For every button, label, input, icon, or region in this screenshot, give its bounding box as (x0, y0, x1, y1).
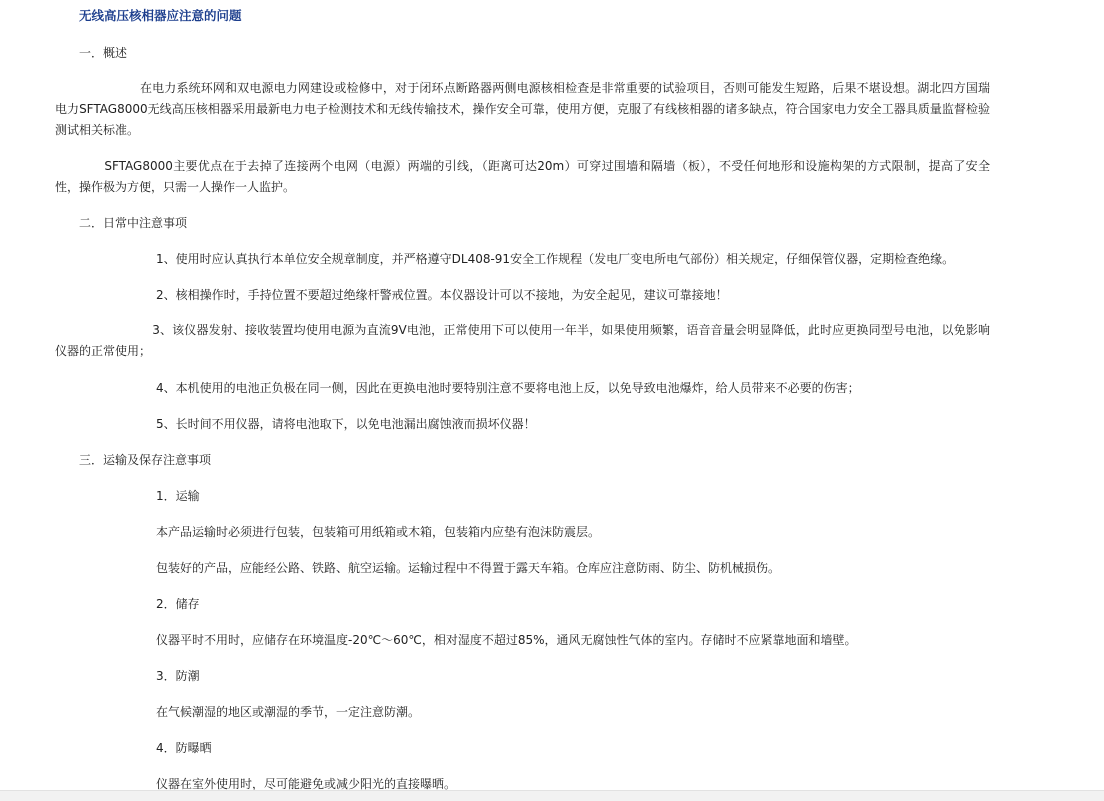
transport-text-2: 包装好的产品，应能经公路、铁路、航空运输。运输过程中不得置于露天车箱。仓库应注意… (156, 560, 780, 576)
article-title: 无线高压核相器应注意的问题 (79, 8, 242, 24)
storage-text: 仪器平时不用时，应储存在环境温度-20℃～60℃，相对湿度不超过85%，通风无腐… (156, 632, 857, 648)
article-page: 无线高压核相器应注意的问题 一．概述 在电力系统环网和双电源电力网建设或检修中，… (0, 0, 1104, 790)
daily-note-item-2: 2、核相操作时，手持位置不要超过绝缘杆警戒位置。本仪器设计可以不接地，为安全起见… (156, 287, 728, 303)
daily-note-item-3: 3、该仪器发射、接收装置均使用电源为直流9V电池，正常使用下可以使用一年半，如果… (55, 320, 990, 362)
subsection-heading-moisture: 3．防潮 (156, 668, 200, 684)
daily-note-item-4: 4、本机使用的电池正负极在同一侧，因此在更换电池时要特别注意不要将电池上反，以免… (156, 380, 860, 396)
transport-text-1: 本产品运输时必须进行包装，包装箱可用纸箱或木箱，包装箱内应垫有泡沫防震层。 (156, 524, 600, 540)
section-heading-daily-notes: 二．日常中注意事项 (79, 215, 187, 231)
subsection-heading-storage: 2．储存 (156, 596, 200, 612)
overview-paragraph-1: 在电力系统环网和双电源电力网建设或检修中，对于闭环点断路器两侧电源核相检查是非常… (55, 78, 990, 141)
section-heading-overview: 一．概述 (79, 45, 127, 61)
moisture-text: 在气候潮湿的地区或潮湿的季节，一定注意防潮。 (156, 704, 420, 720)
horizontal-scrollbar[interactable] (0, 790, 1104, 801)
overview-paragraph-2: SFTAG8000主要优点在于去掉了连接两个电网（电源）两端的引线，（距离可达2… (55, 156, 990, 198)
section-heading-transport-storage: 三．运输及保存注意事项 (79, 452, 211, 468)
subsection-heading-transport: 1．运输 (156, 488, 200, 504)
subsection-heading-sun-exposure: 4．防曝晒 (156, 740, 212, 756)
daily-note-item-1: 1、使用时应认真执行本单位安全规章制度，并严格遵守DL408-91安全工作规程（… (156, 251, 954, 267)
daily-note-item-5: 5、长时间不用仪器，请将电池取下，以免电池漏出腐蚀液而损坏仪器！ (156, 416, 536, 432)
